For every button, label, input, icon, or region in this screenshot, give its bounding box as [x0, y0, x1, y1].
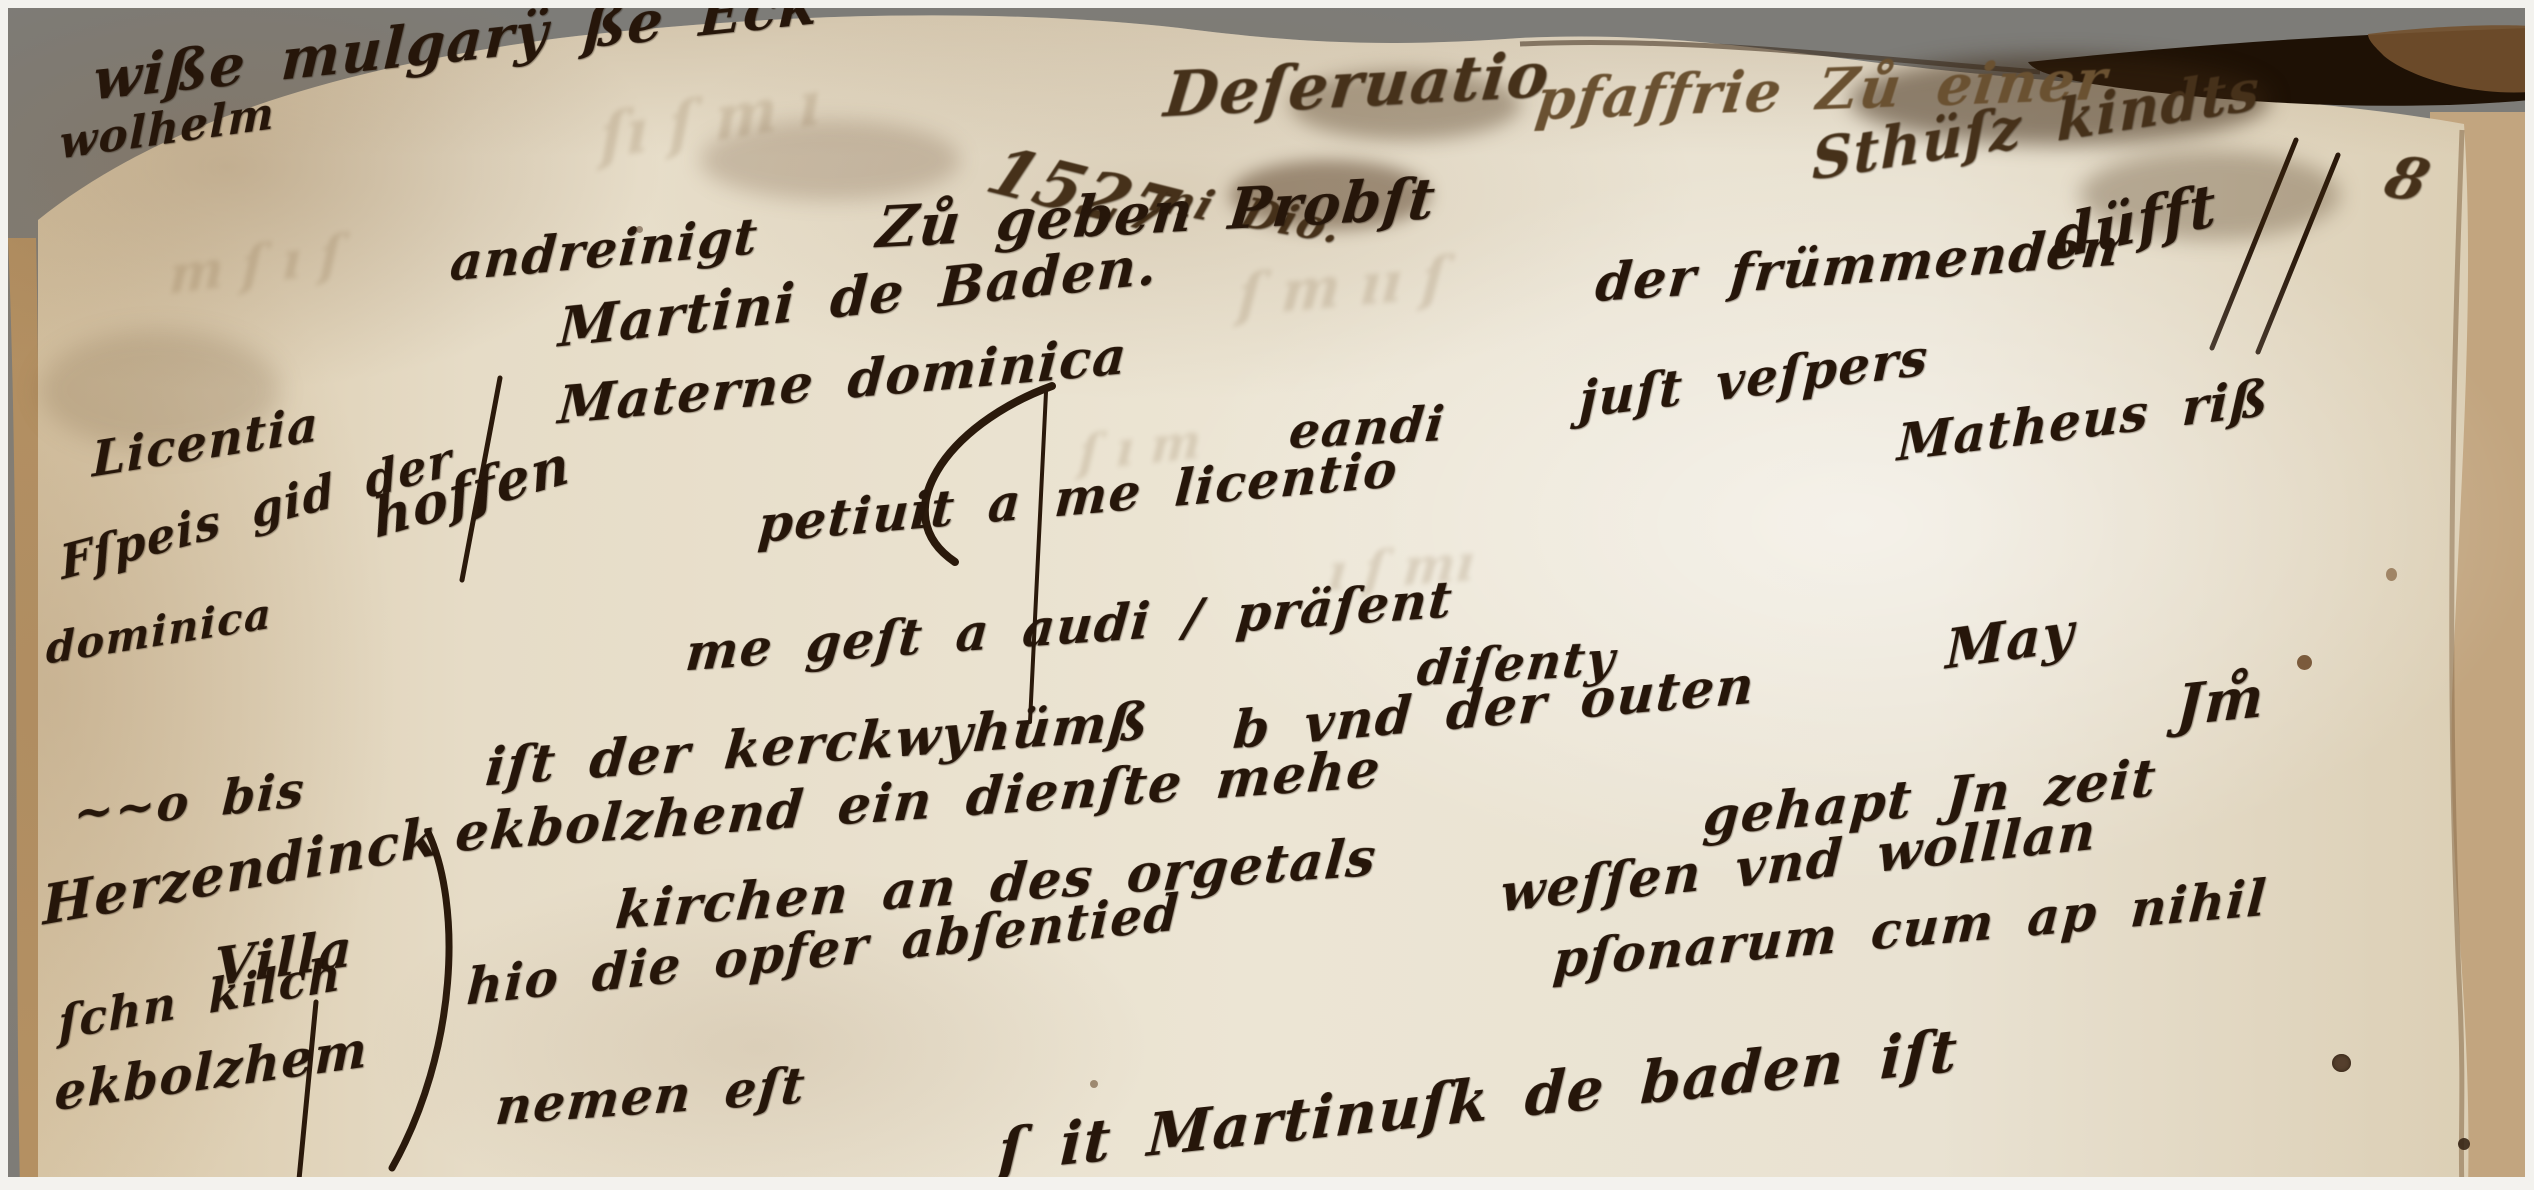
ink-speck	[2332, 1054, 2351, 1072]
manuscript-photo: ſı ſ m ı m ſ ı ſ ſ m ıı ſ ı ſ mı ſ ı m w…	[0, 0, 2534, 1190]
handwriting-line: May	[1945, 604, 2075, 677]
handwriting-line: Jm̊	[2175, 669, 2266, 735]
ink-speck	[2458, 1138, 2470, 1150]
ink-speck	[2386, 568, 2397, 581]
ink-speck	[636, 226, 643, 233]
photo-border-right	[2525, 0, 2534, 1190]
photo-border-top	[0, 0, 2534, 8]
ink-speck	[1090, 1080, 1098, 1088]
photo-border-bottom	[0, 1177, 2534, 1190]
ghost-writing: ſ m ıı ſ	[1236, 250, 1448, 325]
photo-border-left	[0, 0, 8, 1190]
ink-speck	[2297, 655, 2312, 670]
